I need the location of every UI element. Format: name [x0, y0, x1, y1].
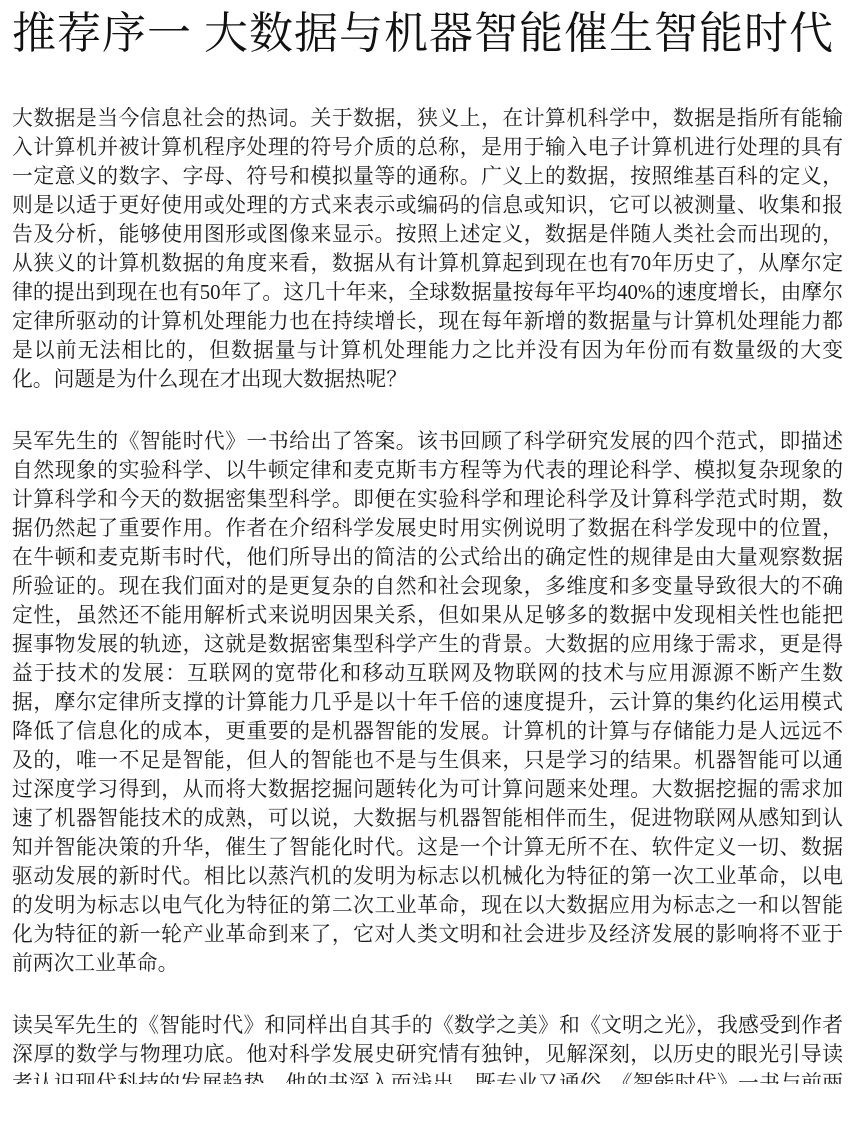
- paragraph-3-clipped: 读吴军先生的《智能时代》和同样出自其手的《数学之美》和《文明之光》，我感受到作者…: [12, 1011, 843, 1084]
- document-body: 大数据是当今信息社会的热词。关于数据，狭义上，在计算机科学中，数据是指所有能输入…: [12, 104, 843, 1084]
- paragraph-1: 大数据是当今信息社会的热词。关于数据，狭义上，在计算机科学中，数据是指所有能输入…: [12, 104, 843, 394]
- paragraph-2: 吴军先生的《智能时代》一书给出了答案。该书回顾了科学研究发展的四个范式，即描述自…: [12, 427, 843, 978]
- page-title: 推荐序一 大数据与机器智能催生智能时代: [0, 0, 855, 58]
- document-page: 推荐序一 大数据与机器智能催生智能时代 大数据是当今信息社会的热词。关于数据，狭…: [0, 0, 855, 1122]
